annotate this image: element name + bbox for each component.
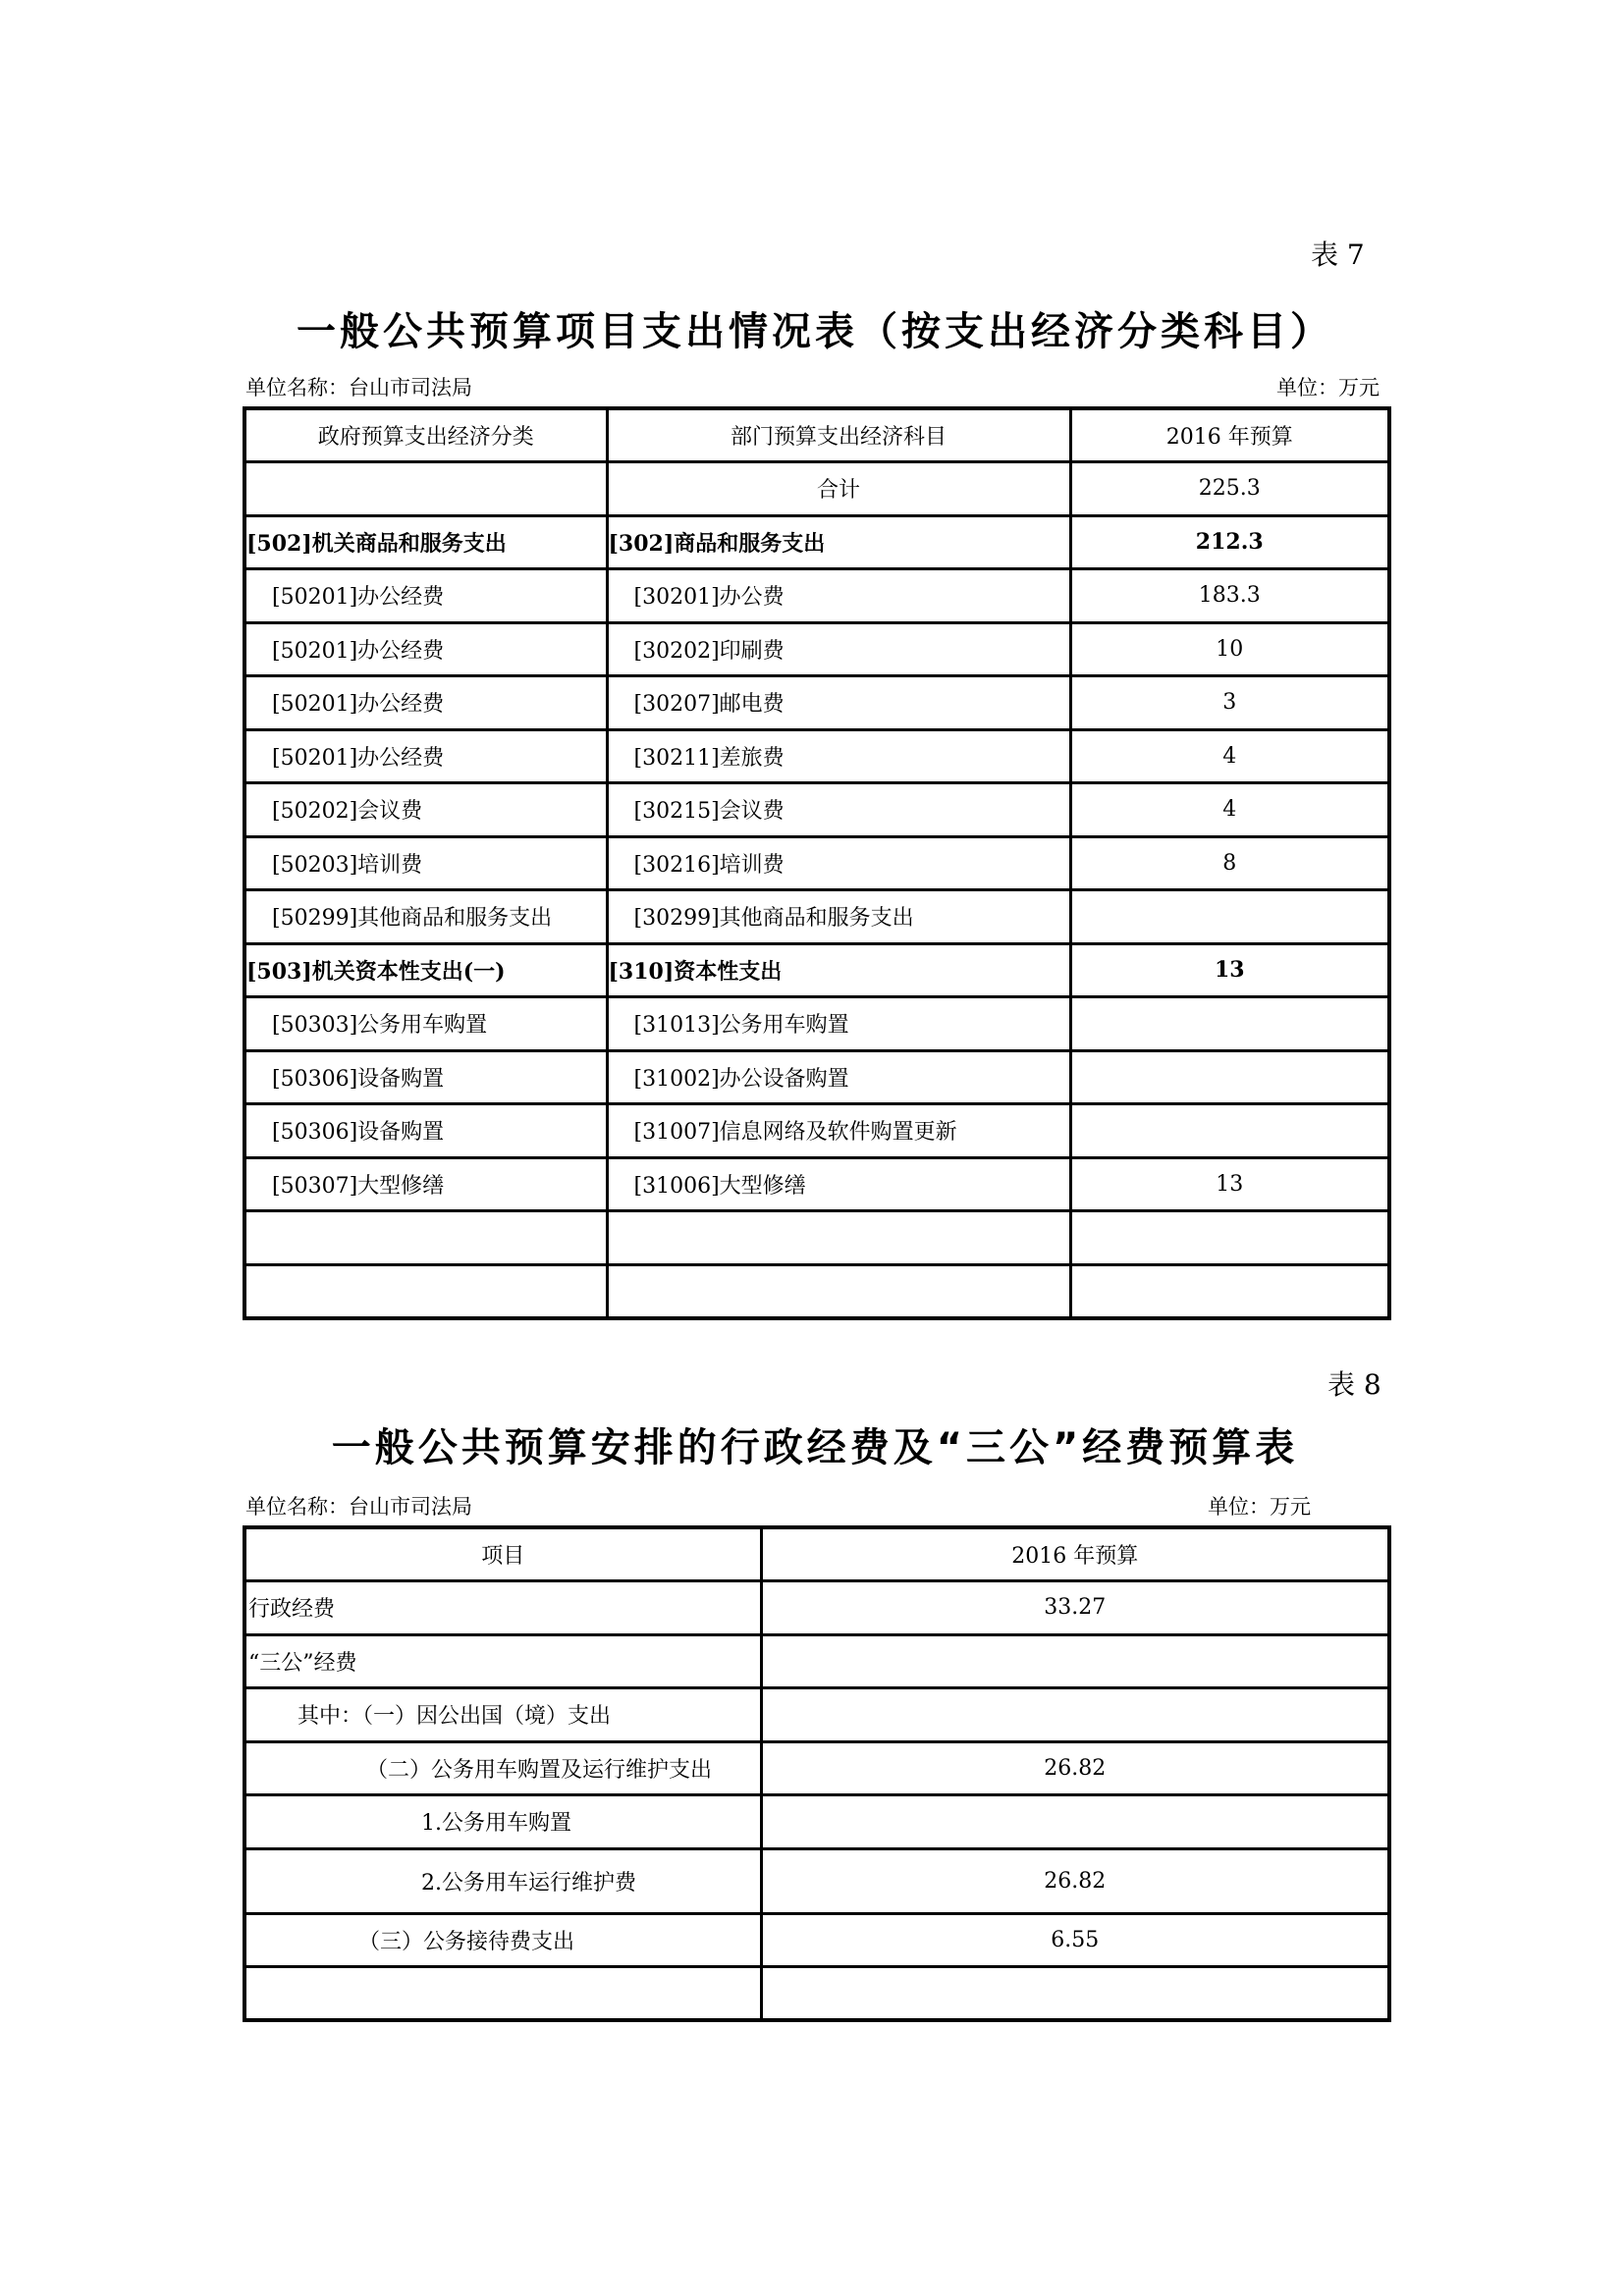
table7-number: 表 7 <box>1311 234 1365 273</box>
cell-amount: 212.3 <box>1070 515 1389 569</box>
cell-amount: 6.55 <box>761 1913 1389 1967</box>
table-row-total: 合计 225.3 <box>244 462 1389 516</box>
table-row: [50201]办公经费 [30207]邮电费 3 <box>244 676 1389 730</box>
table-row: 其中：（一）因公出国（境）支出 <box>244 1688 1389 1742</box>
cell-gov: [502]机关商品和服务支出 <box>244 515 607 569</box>
cell-gov: [50203]培训费 <box>244 836 607 890</box>
table-row: （三）公务接待费支出 6.55 <box>244 1913 1389 1967</box>
cell-amount <box>761 1795 1389 1849</box>
table7-header-row: 政府预算支出经济分类 部门预算支出经济科目 2016 年预算 <box>244 408 1389 462</box>
header-gov-class: 政府预算支出经济分类 <box>244 408 607 462</box>
table8-title: 一般公共预算安排的行政经费及“三公”经费预算表 <box>243 1416 1387 1472</box>
cell-dept: [302]商品和服务支出 <box>607 515 1070 569</box>
cell-amount <box>1070 1211 1389 1265</box>
cell-amount: 13 <box>1070 1157 1389 1211</box>
cell-dept: [30201]办公费 <box>607 569 1070 623</box>
cell-amount: 26.82 <box>761 1848 1389 1913</box>
table-row: [50202]会议费 [30215]会议费 4 <box>244 783 1389 837</box>
table-row: （二）公务用车购置及运行维护支出 26.82 <box>244 1741 1389 1795</box>
table7-title: 一般公共预算项目支出情况表（按支出经济分类科目） <box>243 300 1387 356</box>
table-row: [50201]办公经费 [30202]印刷费 10 <box>244 622 1389 676</box>
cell-amount <box>761 1634 1389 1688</box>
cell-gov <box>244 462 607 516</box>
table8-number: 表 8 <box>1327 1363 1381 1403</box>
cell-dept: [31013]公务用车购置 <box>607 997 1070 1051</box>
cell-amount: 183.3 <box>1070 569 1389 623</box>
cell-dept: [30299]其他商品和服务支出 <box>607 890 1070 944</box>
cell-gov: [50202]会议费 <box>244 783 607 837</box>
cell-item: （三）公务接待费支出 <box>244 1913 761 1967</box>
cell-gov: [50201]办公经费 <box>244 729 607 783</box>
cell-amount: 4 <box>1070 783 1389 837</box>
cell-amount: 3 <box>1070 676 1389 730</box>
cell-item: “三公”经费 <box>244 1634 761 1688</box>
table-row: [50201]办公经费 [30211]差旅费 4 <box>244 729 1389 783</box>
table8-grid: 项目 2016 年预算 行政经费 33.27 “三公”经费 其中：（一）因公出国… <box>243 1525 1391 2022</box>
cell-amount: 225.3 <box>1070 462 1389 516</box>
cell-dept <box>607 1211 1070 1265</box>
table-row: [50201]办公经费 [30201]办公费 183.3 <box>244 569 1389 623</box>
table-row: [50307]大型修缮 [31006]大型修缮 13 <box>244 1157 1389 1211</box>
cell-item: 2.公务用车运行维护费 <box>244 1848 761 1913</box>
cell-dept: [310]资本性支出 <box>607 943 1070 997</box>
header-budget-2016: 2016 年预算 <box>1070 408 1389 462</box>
cell-item <box>244 1967 761 2021</box>
cell-amount: 26.82 <box>761 1741 1389 1795</box>
cell-amount <box>761 1967 1389 2021</box>
cell-dept: [31007]信息网络及软件购置更新 <box>607 1104 1070 1158</box>
cell-gov <box>244 1211 607 1265</box>
cell-gov: [50306]设备购置 <box>244 1104 607 1158</box>
cell-item: 行政经费 <box>244 1581 761 1635</box>
table-row: 1.公务用车购置 <box>244 1795 1389 1849</box>
table8-unit-name: 单位名称：台山市司法局 <box>245 1491 472 1521</box>
table-row-group: [502]机关商品和服务支出 [302]商品和服务支出 212.3 <box>244 515 1389 569</box>
cell-gov: [50299]其他商品和服务支出 <box>244 890 607 944</box>
cell-gov <box>244 1264 607 1318</box>
cell-amount <box>761 1688 1389 1742</box>
cell-gov: [50303]公务用车购置 <box>244 997 607 1051</box>
cell-dept: 合计 <box>607 462 1070 516</box>
table-row: [50303]公务用车购置 [31013]公务用车购置 <box>244 997 1389 1051</box>
cell-dept <box>607 1264 1070 1318</box>
table8-unit: 单位：万元 <box>1208 1491 1311 1521</box>
cell-amount: 13 <box>1070 943 1389 997</box>
cell-gov: [503]机关资本性支出(一) <box>244 943 607 997</box>
cell-amount: 4 <box>1070 729 1389 783</box>
cell-amount <box>1070 997 1389 1051</box>
table-row: [50306]设备购置 [31007]信息网络及软件购置更新 <box>244 1104 1389 1158</box>
table-row-empty <box>244 1264 1389 1318</box>
cell-dept: [30207]邮电费 <box>607 676 1070 730</box>
cell-gov: [50201]办公经费 <box>244 676 607 730</box>
table-row: [50203]培训费 [30216]培训费 8 <box>244 836 1389 890</box>
cell-amount: 8 <box>1070 836 1389 890</box>
table-row: “三公”经费 <box>244 1634 1389 1688</box>
table7-grid: 政府预算支出经济分类 部门预算支出经济科目 2016 年预算 合计 225.3 … <box>243 406 1391 1320</box>
cell-dept: [30202]印刷费 <box>607 622 1070 676</box>
cell-amount <box>1070 890 1389 944</box>
cell-dept: [31002]办公设备购置 <box>607 1050 1070 1104</box>
cell-item: （二）公务用车购置及运行维护支出 <box>244 1741 761 1795</box>
table-row: [50299]其他商品和服务支出 [30299]其他商品和服务支出 <box>244 890 1389 944</box>
header-budget-2016: 2016 年预算 <box>761 1527 1389 1581</box>
table-row-group: [503]机关资本性支出(一) [310]资本性支出 13 <box>244 943 1389 997</box>
cell-item: 1.公务用车购置 <box>244 1795 761 1849</box>
table8-header-row: 项目 2016 年预算 <box>244 1527 1389 1581</box>
table7-unit: 单位：万元 <box>1276 372 1380 401</box>
cell-dept: [30216]培训费 <box>607 836 1070 890</box>
table-row-empty <box>244 1967 1389 2021</box>
cell-amount <box>1070 1264 1389 1318</box>
table-row: [50306]设备购置 [31002]办公设备购置 <box>244 1050 1389 1104</box>
cell-dept: [30215]会议费 <box>607 783 1070 837</box>
header-dept-subject: 部门预算支出经济科目 <box>607 408 1070 462</box>
cell-item: 其中：（一）因公出国（境）支出 <box>244 1688 761 1742</box>
header-item: 项目 <box>244 1527 761 1581</box>
table-row-empty <box>244 1211 1389 1265</box>
cell-amount <box>1070 1104 1389 1158</box>
table-row: 行政经费 33.27 <box>244 1581 1389 1635</box>
table7-unit-name: 单位名称：台山市司法局 <box>245 372 472 401</box>
cell-gov: [50307]大型修缮 <box>244 1157 607 1211</box>
cell-amount <box>1070 1050 1389 1104</box>
cell-dept: [31006]大型修缮 <box>607 1157 1070 1211</box>
cell-gov: [50201]办公经费 <box>244 569 607 623</box>
cell-gov: [50306]设备购置 <box>244 1050 607 1104</box>
table-row: 2.公务用车运行维护费 26.82 <box>244 1848 1389 1913</box>
cell-amount: 33.27 <box>761 1581 1389 1635</box>
cell-amount: 10 <box>1070 622 1389 676</box>
cell-dept: [30211]差旅费 <box>607 729 1070 783</box>
cell-gov: [50201]办公经费 <box>244 622 607 676</box>
